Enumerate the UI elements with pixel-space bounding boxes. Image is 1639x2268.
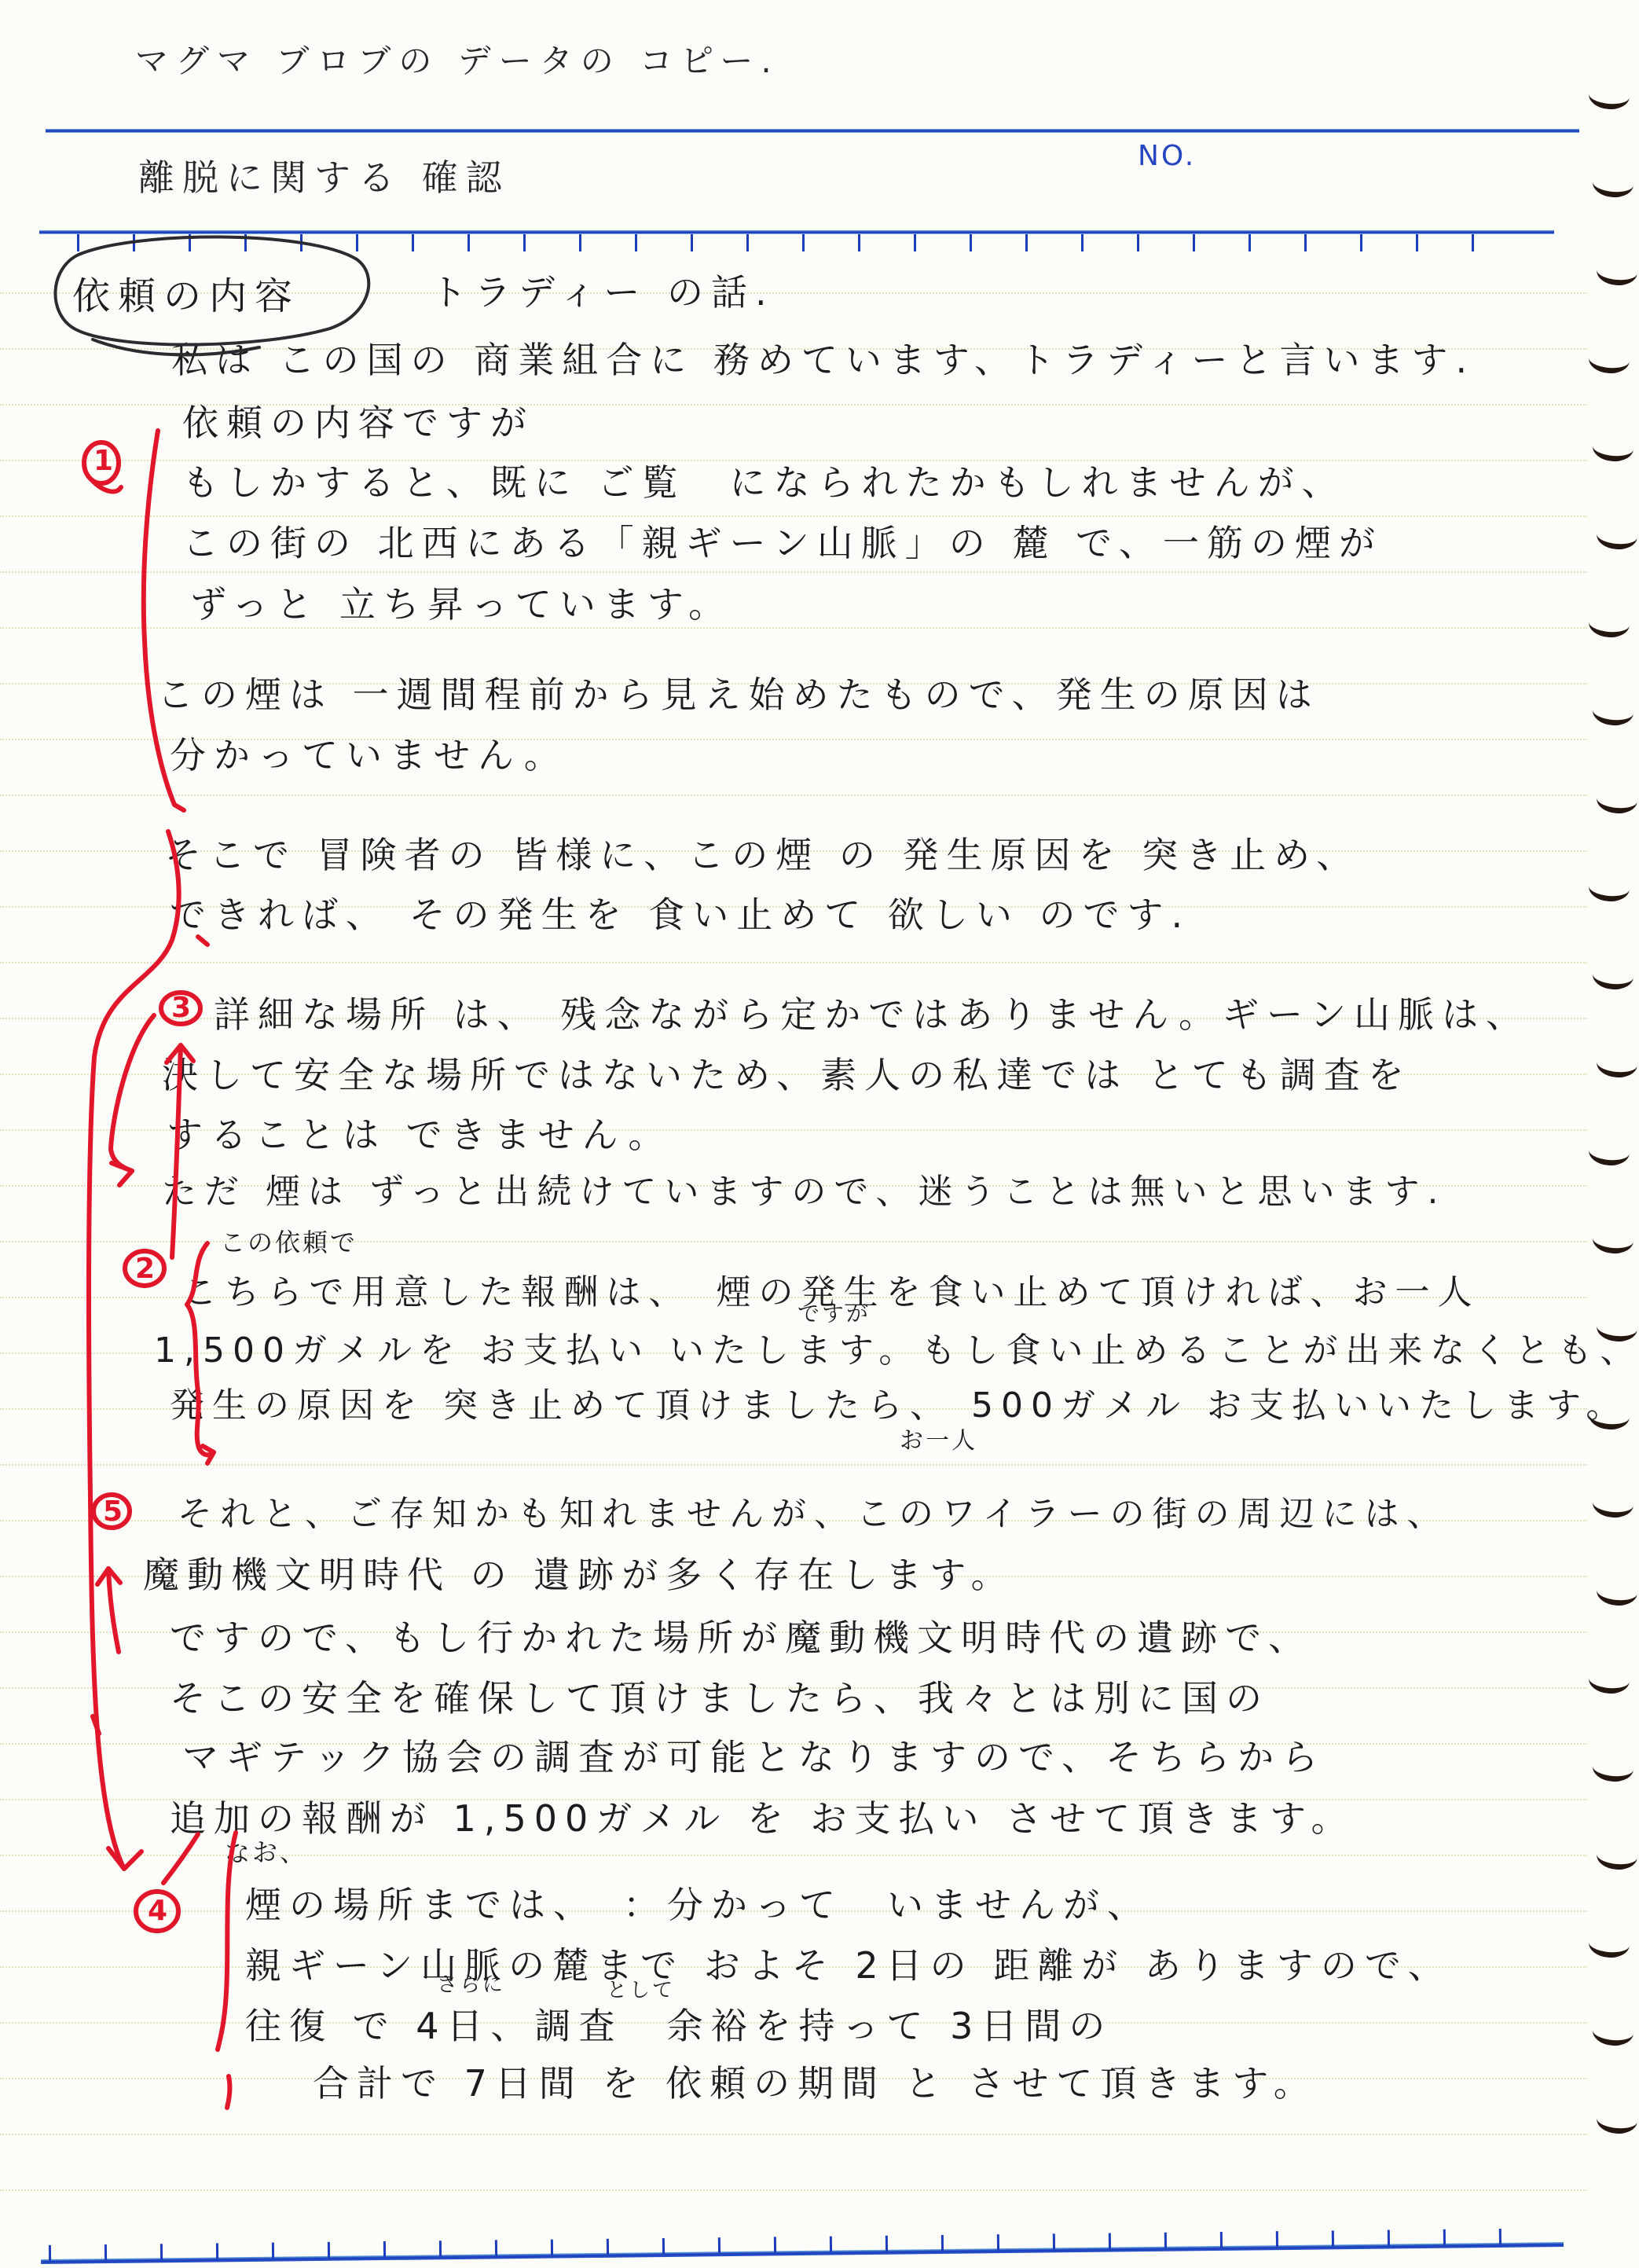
red-bracket-1 bbox=[144, 431, 184, 810]
red-ink-annotations bbox=[84, 431, 236, 2108]
notebook-page: NO. マグマ ブロブの データの コピー. 離脱に関する 確認 依頼の内容 ト… bbox=[0, 0, 1639, 2268]
red-arrow-3-to-2 bbox=[111, 1015, 154, 1171]
circled-number-1: 1 bbox=[93, 445, 113, 477]
red-arrow-2-to-3 bbox=[172, 1045, 181, 1257]
circled-number-3: 3 bbox=[171, 992, 191, 1024]
red-slash bbox=[163, 1834, 198, 1883]
annotation-overlay bbox=[0, 0, 1639, 2268]
red-long-arrow bbox=[89, 831, 179, 1869]
circled-number-2: 2 bbox=[135, 1253, 155, 1285]
red-brace-2 bbox=[187, 1243, 214, 1455]
red-tick-mark-2 bbox=[198, 937, 207, 945]
red-bracket-4 bbox=[218, 1833, 236, 2050]
pencil-circle bbox=[55, 237, 368, 354]
circled-number-4: 4 bbox=[148, 1895, 167, 1927]
circled-number-5: 5 bbox=[103, 1495, 123, 1528]
